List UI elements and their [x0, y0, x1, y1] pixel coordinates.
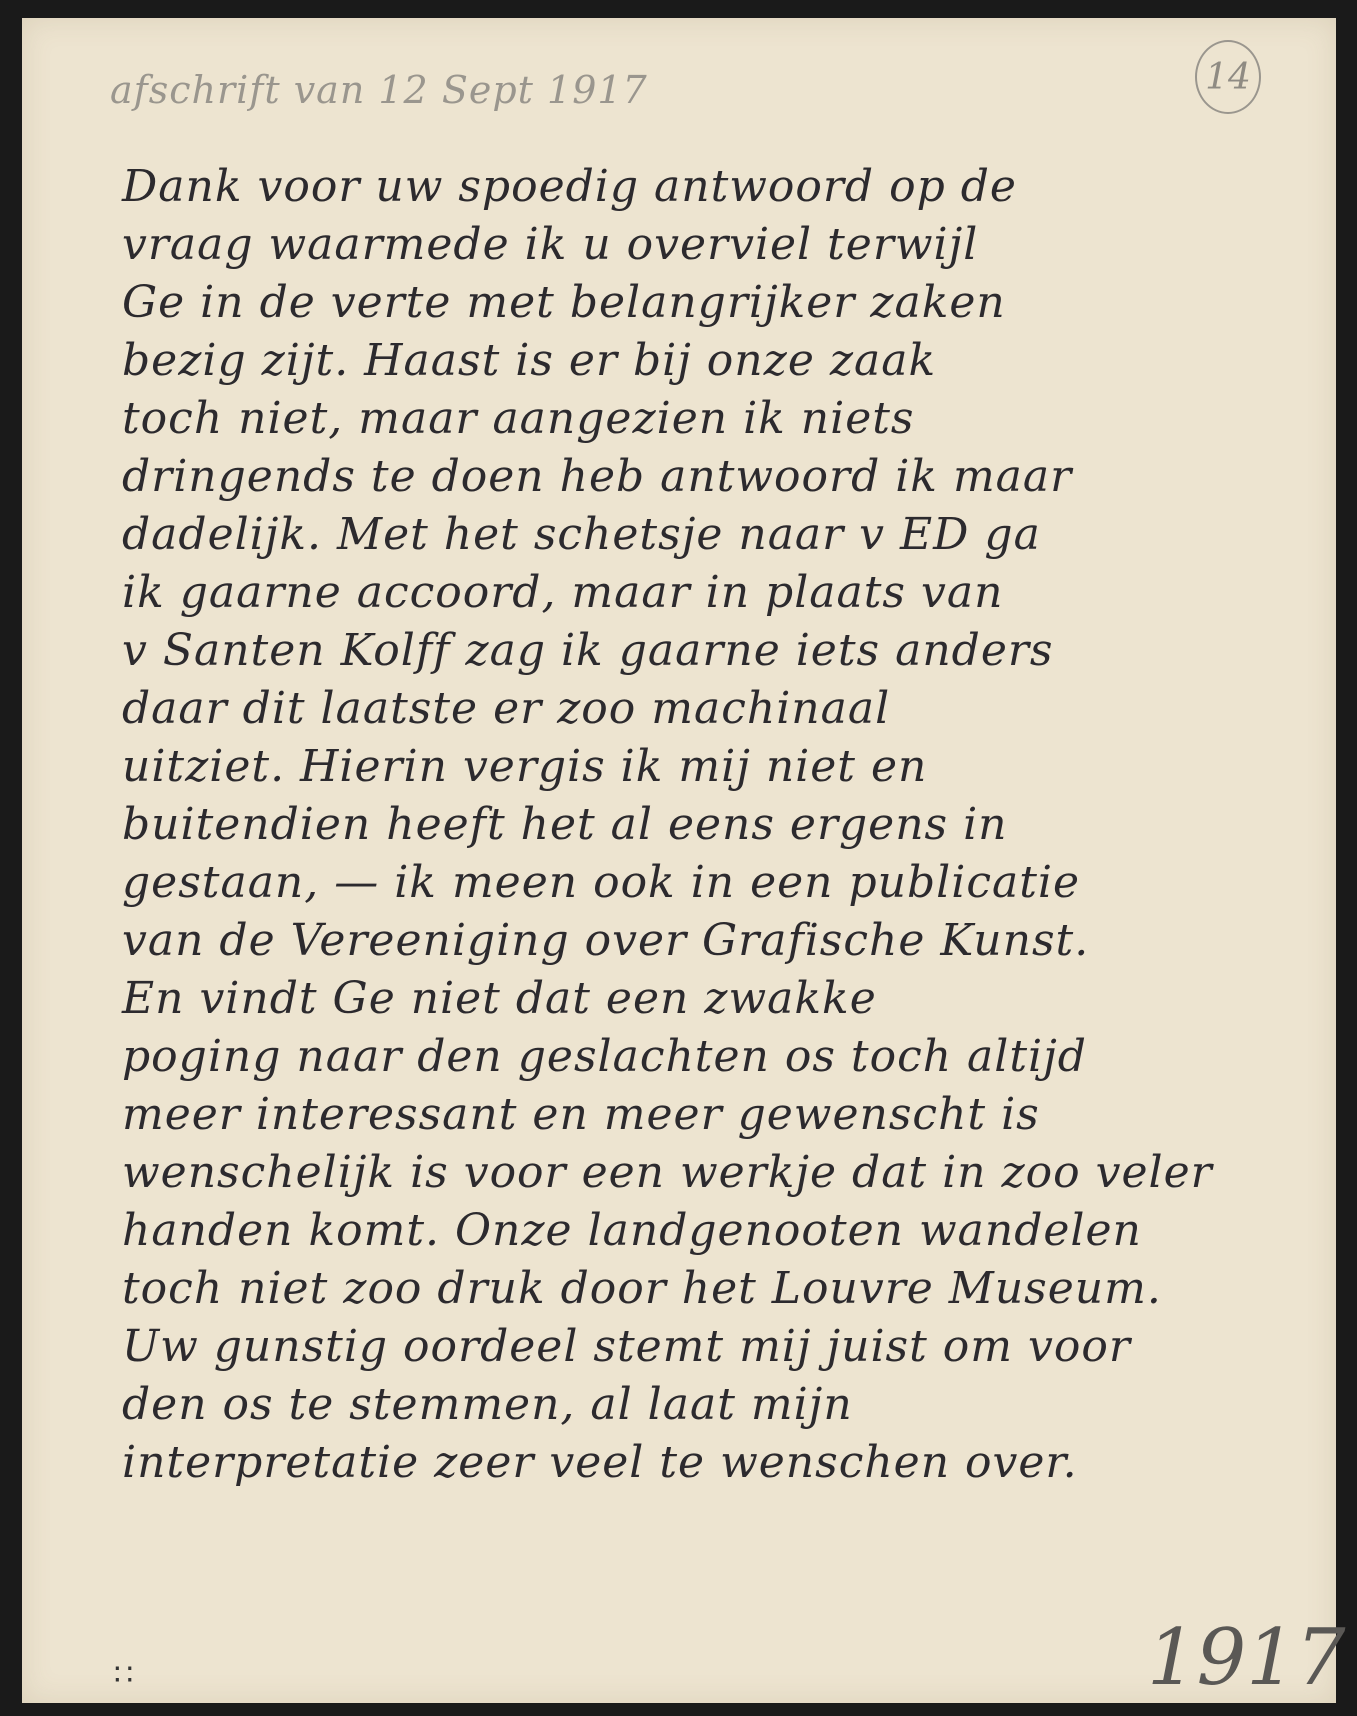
text-line: ik gaarne accoord, maar in plaats van — [122, 564, 1322, 622]
text-line: dringends te doen heb antwoord ik maar — [122, 448, 1322, 506]
text-line: handen komt. Onze landgenooten wandelen — [122, 1202, 1322, 1260]
text-line: vraag waarmede ik u overviel terwijl — [122, 216, 1322, 274]
text-line: toch niet zoo druk door het Louvre Museu… — [122, 1260, 1322, 1318]
text-line: gestaan, — ik meen ook in een publicatie — [122, 854, 1322, 912]
corner-mark: ∷ — [114, 1658, 133, 1693]
text-line: wenschelijk is voor een werkje dat in zo… — [122, 1144, 1322, 1202]
text-line: van de Vereeniging over Grafische Kunst. — [122, 912, 1322, 970]
year-annotation: 1917 — [1147, 1613, 1346, 1703]
text-line: den os te stemmen, al laat mijn — [122, 1376, 1322, 1434]
text-line: toch niet, maar aangezien ik niets — [122, 390, 1322, 448]
text-line: bezig zijt. Haast is er bij onze zaak — [122, 332, 1322, 390]
text-line: Dank voor uw spoedig antwoord op de — [122, 158, 1322, 216]
text-line: interpretatie zeer veel te wenschen over… — [122, 1434, 1322, 1492]
text-line: uitziet. Hierin vergis ik mij niet en — [122, 738, 1322, 796]
letter-body: Dank voor uw spoedig antwoord op de vraa… — [122, 158, 1322, 1492]
text-line: poging naar den geslachten os toch altij… — [122, 1028, 1322, 1086]
pencil-annotation: afschrift van 12 Sept 1917 — [110, 68, 648, 112]
text-line: meer interessant en meer gewenscht is — [122, 1086, 1322, 1144]
text-line: buitendien heeft het al eens ergens in — [122, 796, 1322, 854]
text-line: v Santen Kolff zag ik gaarne iets anders — [122, 622, 1322, 680]
text-line: dadelijk. Met het schetsje naar v ED ga — [122, 506, 1322, 564]
page-number-circled: 14 — [1195, 40, 1261, 114]
text-line: Ge in de verte met belangrijker zaken — [122, 274, 1322, 332]
text-line: En vindt Ge niet dat een zwakke — [122, 970, 1322, 1028]
text-line: daar dit laatste er zoo machinaal — [122, 680, 1322, 738]
letter-page: afschrift van 12 Sept 1917 14 Dank voor … — [22, 18, 1336, 1703]
text-line: Uw gunstig oordeel stemt mij juist om vo… — [122, 1318, 1322, 1376]
